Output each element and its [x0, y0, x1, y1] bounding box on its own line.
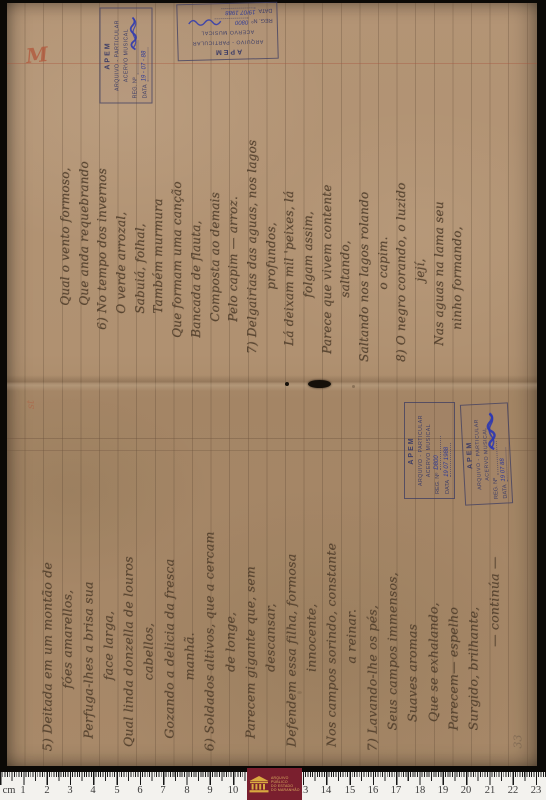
stamp-reg-label: REG. Nº — [493, 478, 500, 500]
measuring-ruler: cm123456789101314151617181920212223 ARQU… — [0, 772, 546, 800]
stamp-date-value: 19/07 1988 — [221, 7, 255, 15]
manuscript-line: profundos, — [262, 80, 281, 370]
stamp-date-field: DATA 19/07 1988 — [181, 7, 272, 16]
archive-logo-text: ARQUIVOPÚBLICODO ESTADODO MARANHÃO — [271, 776, 300, 793]
manuscript-line: O verde arrozal, — [112, 80, 131, 370]
stamp-date-value: 19 07 1988 — [444, 443, 451, 477]
manuscript-line: 7) Delgairias das aguas, nos lagos — [243, 80, 262, 370]
stamp-archive-label: ARQUIVO - PARTICULAR — [182, 37, 273, 45]
stamp-archive-label: ARQUIVO - PARTICULAR — [418, 407, 424, 494]
ruler-number: 1 — [20, 785, 25, 796]
manuscript-line: 6) Soldados altivos, que a cercam — [200, 428, 220, 756]
red-pencil-squiggle: st — [26, 400, 37, 409]
manuscript-line: 6) No tempo dos invernos — [93, 80, 112, 370]
page-number: 33 — [512, 735, 525, 749]
ruler-number: 15 — [345, 785, 356, 796]
archive-stamp-top-right: APEM ARQUIVO - PARTICULAR ACERVO MUSICAL… — [176, 2, 278, 62]
manuscript-line: ninho formando, — [448, 80, 467, 370]
manuscript-line: descansar, — [261, 428, 281, 756]
manuscript-line: 5) Deitada em um montão de — [38, 428, 58, 756]
manuscript-line: Composta ao demais — [206, 80, 225, 370]
ruler-number: 4 — [90, 785, 95, 796]
ruler-number: 10 — [228, 785, 239, 796]
stamp-date-value: 19 - 07 - 88 — [141, 47, 148, 81]
manuscript-line: Qual o vento formoso, — [56, 80, 75, 370]
manuscript-line: Bancada de flauta, — [187, 80, 206, 370]
pen-scribble-icon — [186, 19, 222, 28]
ruler-number: 3 — [67, 785, 72, 796]
ruler-number: 9 — [207, 785, 212, 796]
ruler-number: 14 — [321, 785, 332, 796]
manuscript-line: o capim. — [374, 80, 393, 370]
manuscript-top-half: Qual o vento formoso, Que anda requebran… — [56, 80, 468, 370]
stamp-date-field: DATA 19 - 07 - 88 — [141, 13, 148, 99]
manuscript-line: Lá deixam mil 'peixes, lá — [280, 80, 299, 370]
ruler-number: 19 — [438, 785, 449, 796]
stamp-collection-label: ACERVO MUSICAL — [182, 28, 273, 36]
scanned-document-page: Qual o vento formoso, Que anda requebran… — [0, 0, 546, 800]
manuscript-line: 7) Lavando-lhe os pés, — [362, 428, 382, 756]
manuscript-line: 8) O negro corando, o luzido — [392, 80, 411, 370]
manuscript-line: manhã. — [180, 428, 200, 756]
stamp-collection-label: ACERVO MUSICAL — [426, 407, 432, 494]
manuscript-line: Parecem gigante que, sem — [240, 428, 260, 756]
manuscript-line: cabellos, — [139, 428, 159, 756]
building-icon — [249, 776, 269, 793]
manuscript-line: Pelo capim — arroz. — [224, 80, 243, 370]
manuscript-paper: Qual o vento formoso, Que anda requebran… — [7, 3, 537, 766]
stamp-reg-label: REG. Nº — [435, 473, 441, 494]
manuscript-line: Sabuiá, folhal, — [131, 80, 150, 370]
paper-hole-small — [285, 382, 289, 386]
archive-stamp-upper-left: APEM ARQUIVO - PARTICULAR ACERVO MUSICAL… — [100, 8, 153, 104]
manuscript-line: Nas aguas na lama seu — [430, 80, 449, 370]
manuscript-line: Que formam uma canção — [168, 80, 187, 370]
manuscript-line: Defendem essa filha, formosa — [281, 428, 301, 756]
stamp-date-label: DATA — [445, 480, 451, 494]
manuscript-line: folgam assim, — [299, 80, 318, 370]
manuscript-line: Também murmura — [149, 80, 168, 370]
manuscript-line: a reinar. — [342, 428, 362, 756]
ruler-number: 7 — [160, 785, 165, 796]
manuscript-line: Gozando a delicia da fresca — [159, 428, 179, 756]
manuscript-line: fóes amarellos, — [58, 428, 78, 756]
ruler-number: 16 — [368, 785, 379, 796]
margin-line-top-half — [7, 63, 537, 64]
pen-scribble-icon — [485, 412, 497, 450]
ruler-number: 21 — [485, 785, 496, 796]
archive-stamp-middle-left: APEM ARQUIVO - PARTICULAR ACERVO MUSICAL… — [404, 402, 455, 499]
manuscript-line: Que anda requebrando — [75, 80, 94, 370]
manuscript-line: Saltando nos lagos rolando — [355, 80, 374, 370]
stamp-reg-field: REG. Nº — [132, 13, 138, 99]
ruler-number: cm — [3, 785, 16, 796]
archive-stamp-middle-right: APEM ARQUIVO - PARTICULAR ACERVO MUSICAL… — [460, 402, 513, 505]
paper-speck — [352, 385, 355, 388]
manuscript-line: Parece que vivem contente — [318, 80, 337, 370]
stamp-reg-value: D800 — [434, 436, 441, 470]
manuscript-line: innocente, — [301, 428, 321, 756]
manuscript-line: saltando, — [336, 80, 355, 370]
stamp-reg-field: REG. Nº D800 — [434, 407, 441, 494]
ruler-number: 5 — [114, 785, 119, 796]
manuscript-line: face larga, — [98, 428, 118, 756]
stamp-date-field: DATA 19 07 1988 — [444, 407, 451, 494]
red-pencil-mark: M — [25, 42, 50, 68]
ruler-number: 23 — [531, 785, 542, 796]
manuscript-line: Nos campos sorindo, constante — [322, 428, 342, 756]
stamp-org-label: APEM — [182, 47, 273, 56]
stamp-date-value: 19 07 88 — [499, 447, 508, 481]
ruler-number: 20 — [461, 785, 472, 796]
manuscript-line: Perfuga-lhes a brisa sua — [78, 428, 98, 756]
stamp-org-label: APEM — [408, 407, 415, 494]
stamp-reg-label: REG. Nº — [251, 17, 272, 24]
ruler-number: 2 — [44, 785, 49, 796]
stamp-date-label: DATA — [142, 84, 148, 98]
manuscript-line: Qual linda donzella de louros — [119, 428, 139, 756]
stamp-reg-field: REG. Nº 0800 — [182, 17, 273, 26]
manuscript-line: Seus campos immensos, — [383, 428, 403, 756]
ruler-number: 8 — [184, 785, 189, 796]
ruler-number: 22 — [508, 785, 519, 796]
pen-scribble-icon — [129, 17, 138, 51]
paper-hole — [308, 380, 331, 388]
ruler-number: 17 — [391, 785, 402, 796]
manuscript-line: její, — [411, 80, 430, 370]
stamp-reg-label: REG. Nº — [132, 77, 138, 98]
stamp-archive-label: ARQUIVO - PARTICULAR — [114, 13, 120, 99]
ruler-number: 18 — [415, 785, 426, 796]
stamp-date-label: DATA — [502, 484, 509, 498]
archive-logo-text-line: DO MARANHÃO — [271, 788, 300, 792]
archive-logo: ARQUIVOPÚBLICODO ESTADODO MARANHÃO — [247, 768, 302, 800]
stamp-org-label: APEM — [104, 13, 111, 99]
stamp-date-label: DATA — [258, 7, 272, 13]
ruler-number: 6 — [137, 785, 142, 796]
manuscript-line: de longe, — [220, 428, 240, 756]
